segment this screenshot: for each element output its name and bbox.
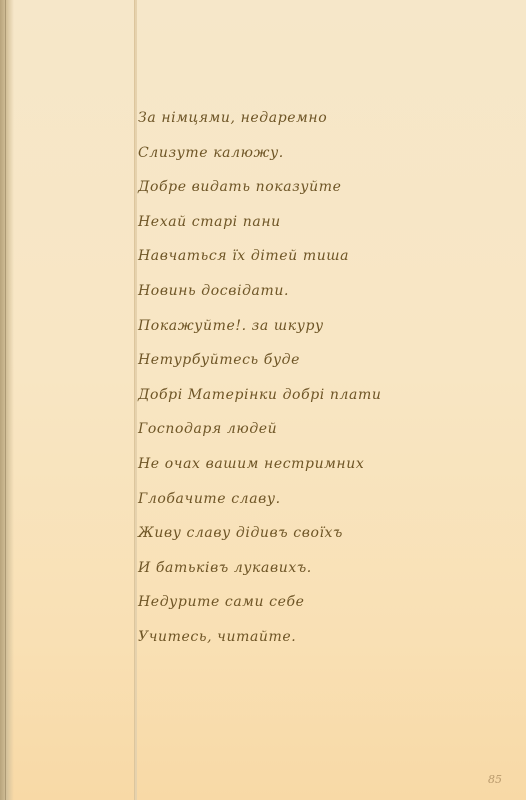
handwritten-line: Добре видать показуйте	[138, 170, 498, 205]
handwritten-line: Навчаться їх дітей тиша	[138, 239, 498, 274]
handwritten-line: Добрі Матерінки добрі плати	[138, 378, 498, 413]
handwritten-line: Глобачите славу.	[138, 482, 498, 517]
handwritten-line: Новинь досвідати.	[138, 274, 498, 309]
handwritten-line: Недурите сами себе	[138, 585, 498, 620]
handwritten-text-block: За німцями, недаремно Слизуте калюжу. До…	[138, 101, 498, 655]
handwritten-line: Не очах вашим нестримних	[138, 447, 498, 482]
handwritten-line: Живу славу дідивъ своїхъ	[138, 516, 498, 551]
page-number: 85	[488, 773, 502, 786]
handwritten-line: Господаря людей	[138, 412, 498, 447]
handwritten-line: Нехай старі пани	[138, 205, 498, 240]
handwritten-line: Учитесь, читайте.	[138, 620, 498, 655]
margin-rule	[134, 0, 137, 800]
handwritten-line: Покажуйте!. за шкуру	[138, 309, 498, 344]
handwritten-line: Нетурбуйтесь буде	[138, 343, 498, 378]
handwritten-line: За німцями, недаремно	[138, 101, 498, 136]
binding-line	[5, 0, 6, 800]
manuscript-page: За німцями, недаремно Слизуте калюжу. До…	[0, 0, 526, 800]
page-binding-edge	[0, 0, 14, 800]
handwritten-line: И батьківъ лукавихъ.	[138, 551, 498, 586]
handwritten-line: Слизуте калюжу.	[138, 136, 498, 171]
